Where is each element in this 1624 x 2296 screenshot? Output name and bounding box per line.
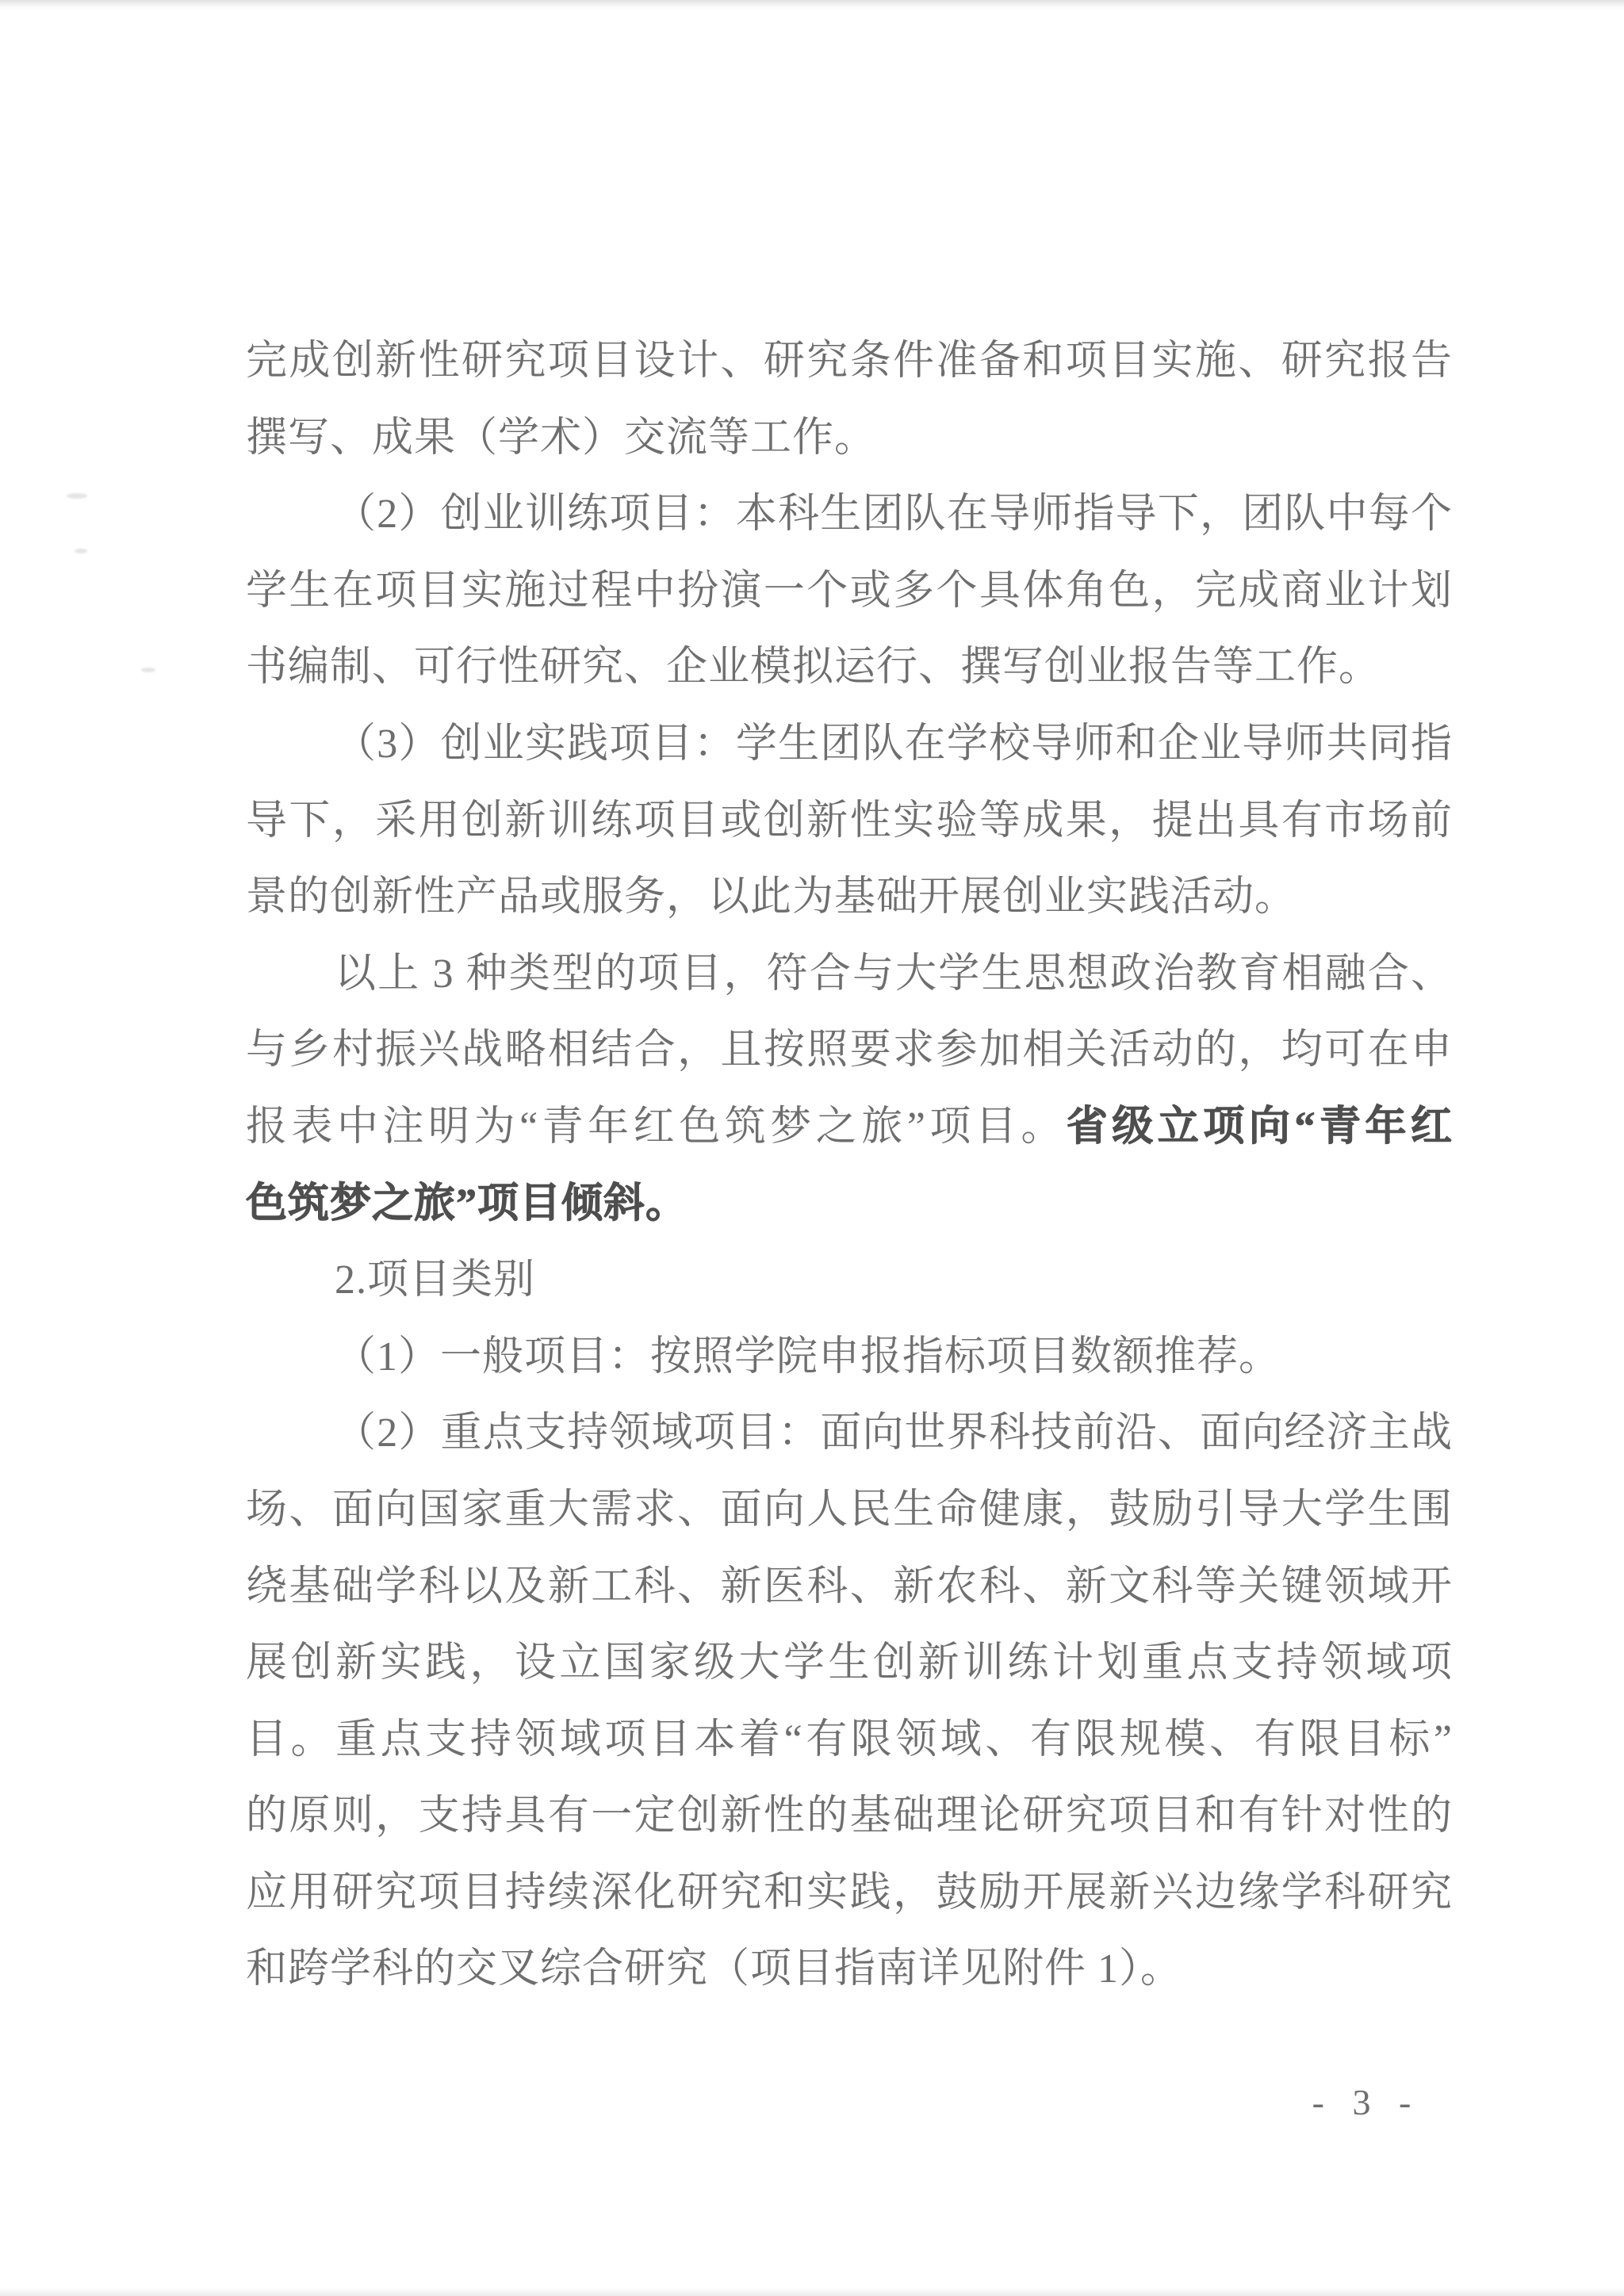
- text-line: 报表中注明为“青年红色筑梦之旅”项目。省级立项向“青年红: [246, 1089, 1453, 1166]
- text-line: 展创新实践，设立国家级大学生创新训练计划重点支持领域项: [246, 1625, 1453, 1702]
- text-segment: 场、面向国家重大需求、面向人民生命健康，鼓励引导大学生围: [246, 1487, 1453, 1533]
- document-body: 完成创新性研究项目设计、研究条件准备和项目实施、研究报告撰写、成果（学术）交流等…: [246, 323, 1453, 2008]
- text-segment: 的原则，支持具有一定创新性的基础理论研究项目和有针对性的: [246, 1793, 1453, 1839]
- text-line: 绕基础学科以及新工科、新医科、新农科、新文科等关键领域开: [246, 1549, 1453, 1626]
- text-line: 2.项目类别: [246, 1242, 1453, 1319]
- text-line: （2）创业训练项目：本科生团队在导师指导下，团队中每个: [246, 476, 1453, 553]
- text-line: （2）重点支持领域项目：面向世界科技前沿、面向经济主战: [246, 1395, 1453, 1472]
- text-segment: 2.项目类别: [335, 1257, 535, 1303]
- text-line: 场、面向国家重大需求、面向人民生命健康，鼓励引导大学生围: [246, 1472, 1453, 1549]
- text-segment: （2）重点支持领域项目：面向世界科技前沿、面向经济主战: [335, 1410, 1453, 1456]
- text-line: 学生在项目实施过程中扮演一个或多个具体角色，完成商业计划: [246, 553, 1453, 630]
- text-segment: 撰写、成果（学术）交流等工作。: [246, 415, 876, 461]
- text-segment: 展创新实践，设立国家级大学生创新训练计划重点支持领域项: [246, 1640, 1453, 1686]
- text-line: 书编制、可行性研究、企业模拟运行、撰写创业报告等工作。: [246, 629, 1453, 706]
- text-line: 和跨学科的交叉综合研究（项目指南详见附件 1）。: [246, 1931, 1453, 2008]
- text-segment: 目。重点支持领域项目本着“有限领域、有限规模、有限目标”: [246, 1717, 1453, 1762]
- text-segment: （1）一般项目：按照学院申报指标项目数额推荐。: [335, 1334, 1281, 1380]
- page-number: - 3 -: [1283, 2079, 1450, 2126]
- text-segment: 学生在项目实施过程中扮演一个或多个具体角色，完成商业计划: [246, 568, 1453, 614]
- text-segment: 以上 3 种类型的项目，符合与大学生思想政治教育相融合、: [335, 951, 1453, 997]
- text-line: 景的创新性产品或服务，以此为基础开展创业实践活动。: [246, 859, 1453, 936]
- text-segment: （3）创业实践项目：学生团队在学校导师和企业导师共同指: [335, 721, 1453, 767]
- scan-edge-top: [0, 0, 1624, 11]
- text-line: （1）一般项目：按照学院申报指标项目数额推荐。: [246, 1319, 1453, 1396]
- text-line: 撰写、成果（学术）交流等工作。: [246, 400, 1453, 477]
- text-segment: 导下，采用创新训练项目或创新性实验等成果，提出具有市场前: [246, 798, 1453, 844]
- scan-speck: [75, 549, 87, 553]
- text-line: 目。重点支持领域项目本着“有限领域、有限规模、有限目标”: [246, 1702, 1453, 1779]
- bold-text-segment: 色筑梦之旅”项目倾斜。: [246, 1181, 688, 1226]
- text-line: 完成创新性研究项目设计、研究条件准备和项目实施、研究报告: [246, 323, 1453, 400]
- text-segment: 应用研究项目持续深化研究和实践，鼓励开展新兴边缘学科研究: [246, 1870, 1453, 1915]
- bold-text-segment: 省级立项向“青年红: [1067, 1104, 1453, 1150]
- text-segment: 和跨学科的交叉综合研究（项目指南详见附件 1）。: [246, 1946, 1182, 1992]
- text-line: 应用研究项目持续深化研究和实践，鼓励开展新兴边缘学科研究: [246, 1855, 1453, 1932]
- text-segment: 书编制、可行性研究、企业模拟运行、撰写创业报告等工作。: [246, 645, 1381, 690]
- text-line: 的原则，支持具有一定创新性的基础理论研究项目和有针对性的: [246, 1778, 1453, 1855]
- text-segment: 报表中注明为“青年红色筑梦之旅”项目。: [246, 1104, 1067, 1150]
- scan-speck: [67, 493, 87, 499]
- scan-speck: [141, 668, 155, 672]
- text-line: （3）创业实践项目：学生团队在学校导师和企业导师共同指: [246, 706, 1453, 783]
- text-line: 导下，采用创新训练项目或创新性实验等成果，提出具有市场前: [246, 783, 1453, 860]
- text-line: 与乡村振兴战略相结合，且按照要求参加相关活动的，均可在申: [246, 1012, 1453, 1089]
- text-segment: （2）创业训练项目：本科生团队在导师指导下，团队中每个: [335, 492, 1453, 537]
- text-line: 色筑梦之旅”项目倾斜。: [246, 1166, 1453, 1243]
- text-segment: 绕基础学科以及新工科、新医科、新农科、新文科等关键领域开: [246, 1564, 1453, 1609]
- scanned-document-page: 完成创新性研究项目设计、研究条件准备和项目实施、研究报告撰写、成果（学术）交流等…: [0, 0, 1624, 2296]
- text-line: 以上 3 种类型的项目，符合与大学生思想政治教育相融合、: [246, 936, 1453, 1013]
- text-segment: 景的创新性产品或服务，以此为基础开展创业实践活动。: [246, 874, 1297, 920]
- text-segment: 完成创新性研究项目设计、研究条件准备和项目实施、研究报告: [246, 339, 1453, 384]
- text-segment: 与乡村振兴战略相结合，且按照要求参加相关活动的，均可在申: [246, 1027, 1453, 1073]
- scan-edge-bottom: [0, 2288, 1624, 2296]
